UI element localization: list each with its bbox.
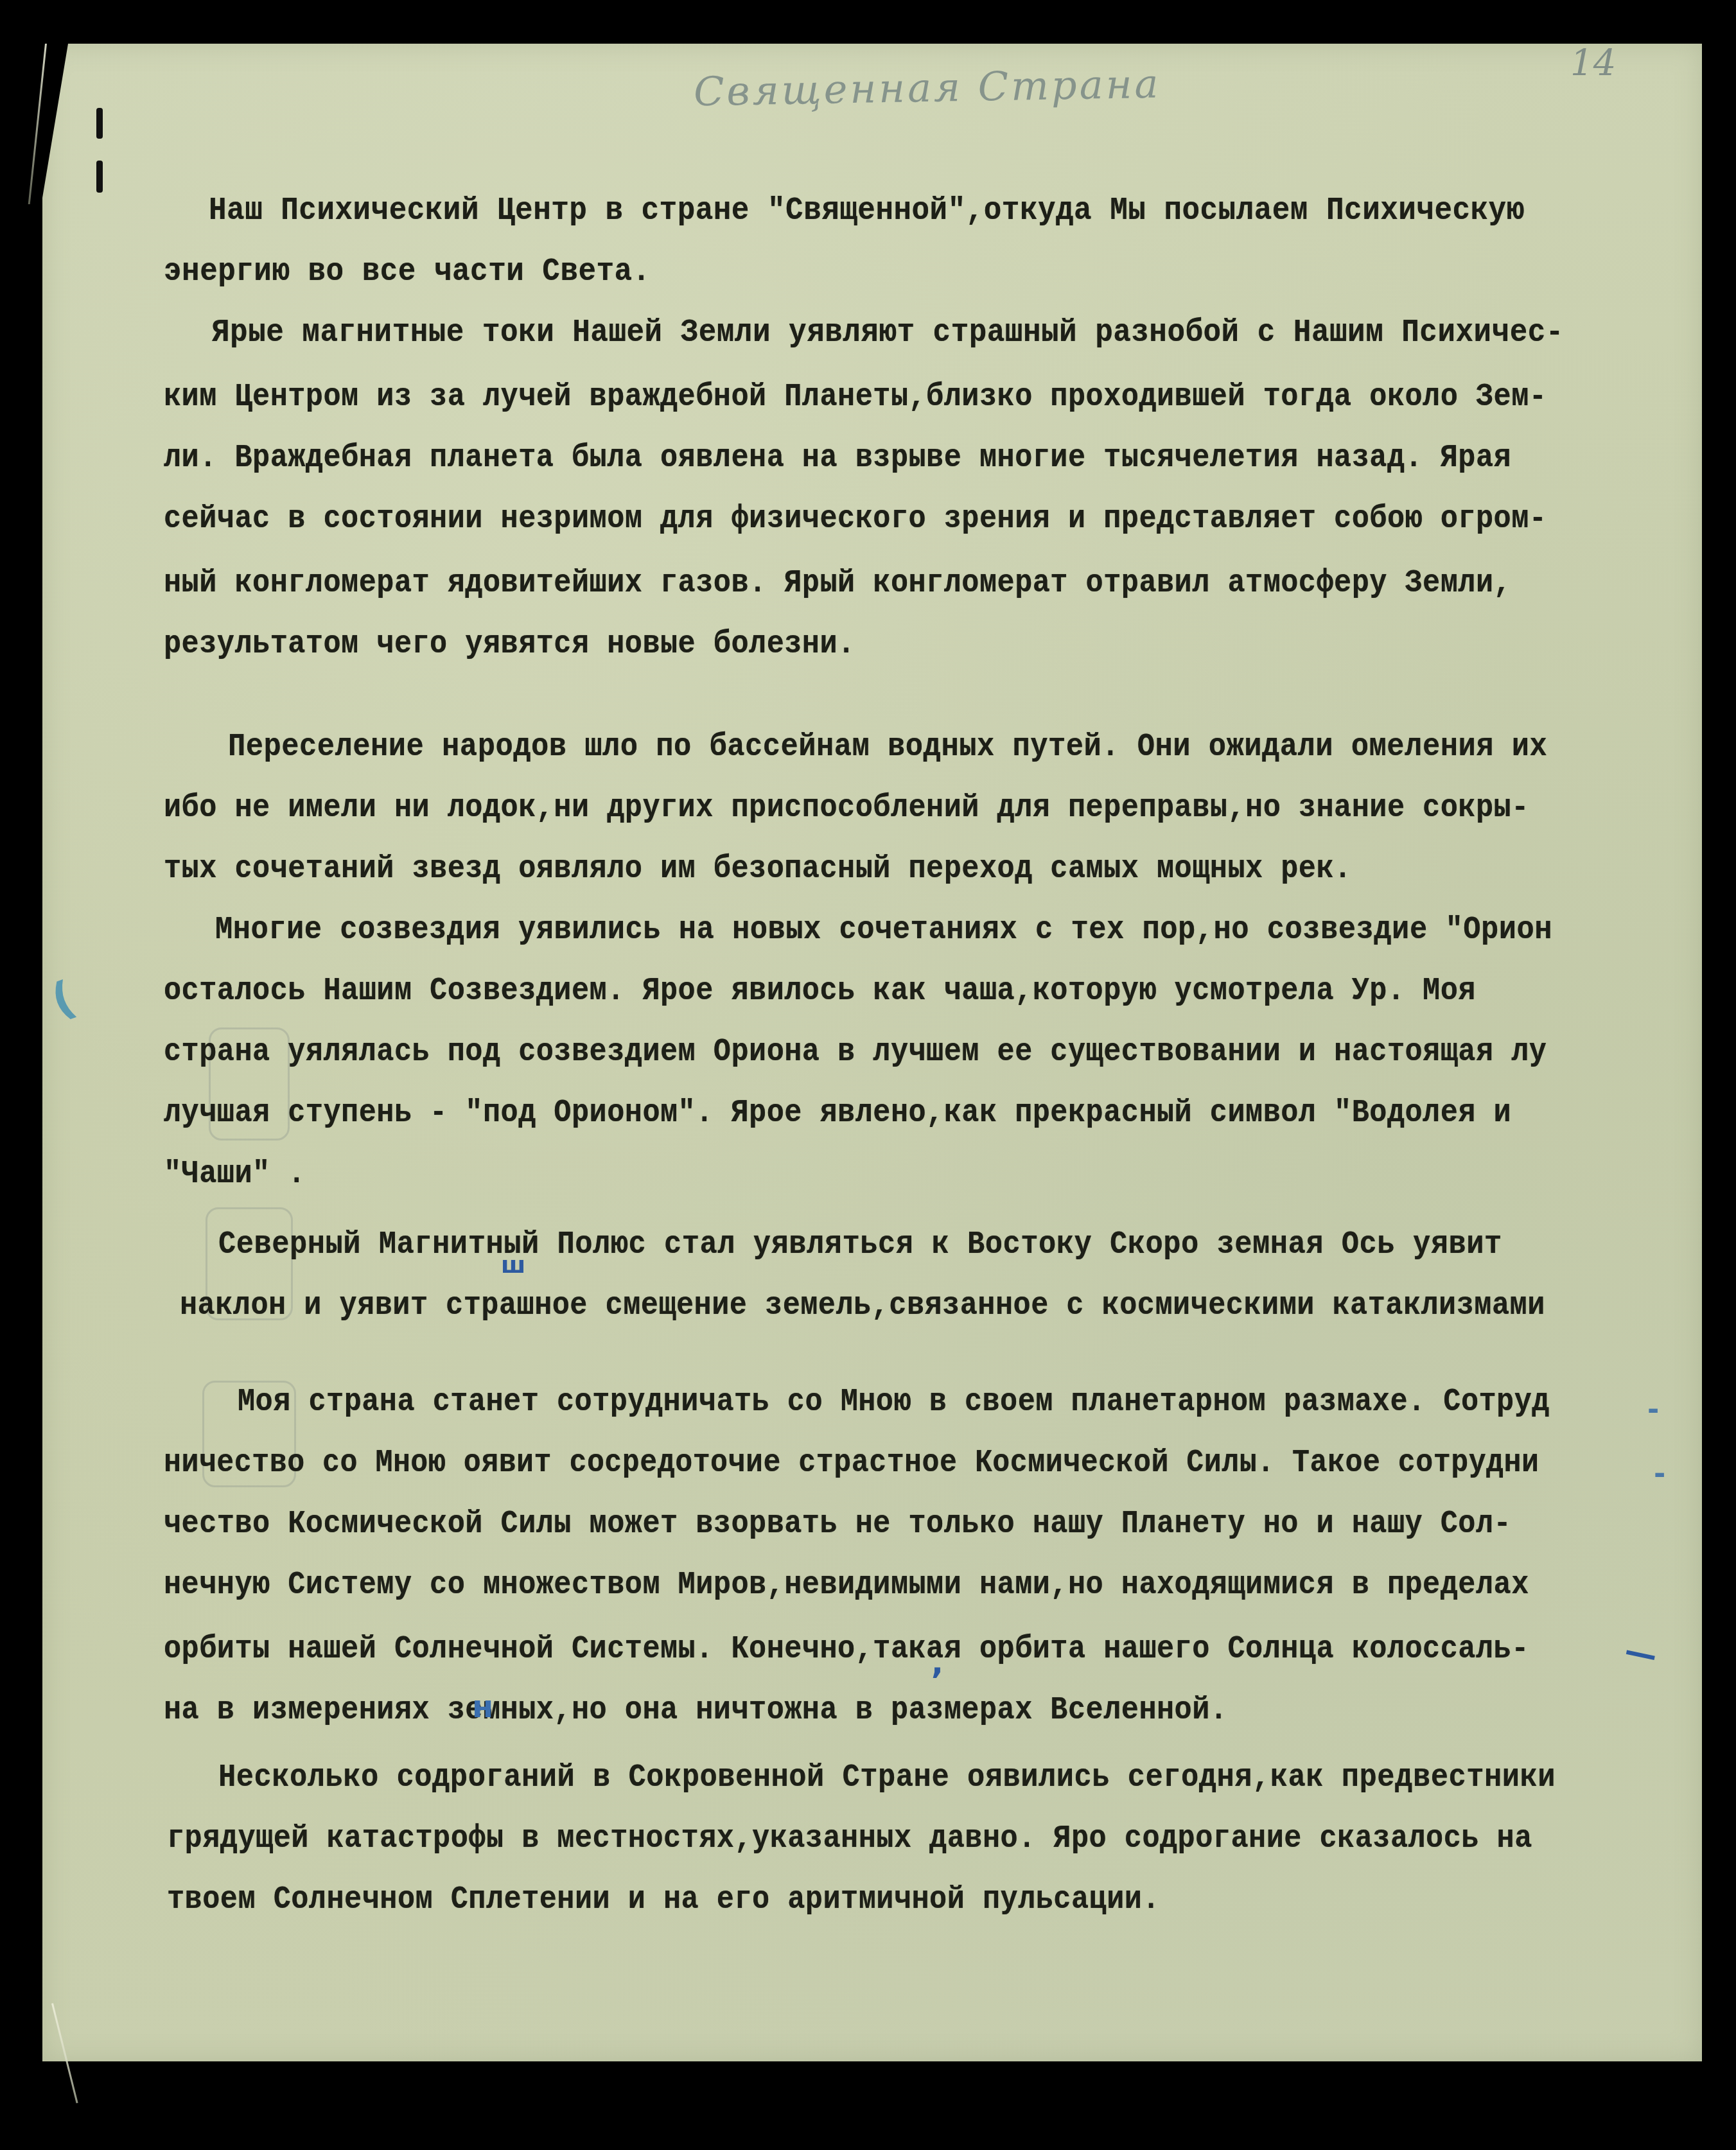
correction-caret-mark: ш [501, 1252, 525, 1279]
text-line: тых сочетаний звезд оявляло им безопасны… [164, 851, 1352, 887]
text-line: Несколько содроганий в Сокровенной Стран… [218, 1760, 1556, 1796]
line-end-dash-mark: - [1647, 1394, 1659, 1426]
text-line: лучшая ступень - "под Орионом". Ярое явл… [164, 1095, 1511, 1132]
line-end-dash-mark: - [1654, 1458, 1665, 1490]
text-line: грядущей катастрофы в местностях,указанн… [167, 1821, 1532, 1857]
text-line: Моя страна станет сотрудничать со Мною в… [238, 1384, 1550, 1420]
typescript-body: Наш Психический Центр в стране "Священно… [0, 0, 1736, 2150]
correction-mark: н [472, 1689, 493, 1725]
text-line: ибо не имели ни лодок,ни других приспосо… [164, 790, 1529, 826]
text-line: Ярые магнитные токи Нашей Земли уявляют … [212, 315, 1564, 351]
text-line: чество Космической Силы может взорвать н… [164, 1506, 1511, 1543]
text-line: орбиты нашей Солнечной Системы. Конечно,… [164, 1631, 1529, 1668]
text-line: страна уялялась под созвездием Ориона в … [164, 1034, 1547, 1071]
text-line: наклон и уявит страшное смещение земель,… [180, 1288, 1545, 1324]
text-line: Северный Магнитный Полюс стал уявляться … [218, 1227, 1502, 1263]
text-line: энергию во все части Света. [164, 254, 651, 290]
text-line: результатом чего уявятся новые болезни. [164, 626, 855, 663]
text-line: осталось Нашим Созвездием. Ярое явилось … [164, 973, 1476, 1009]
text-line: сейчас в состоянии незримом для физическ… [164, 501, 1547, 537]
text-line: ли. Враждебная планета была оявлена на в… [164, 440, 1511, 476]
text-line: Многие созвездия уявились на новых сочет… [215, 912, 1552, 948]
comma-insert-mark: , [931, 1644, 943, 1681]
text-line: ким Центром из за лучей враждебной Плане… [164, 379, 1547, 415]
text-line: "Чаши" . [164, 1156, 306, 1193]
text-line: Наш Психический Центр в стране "Священно… [209, 193, 1525, 229]
text-line: ничество со Мною оявит сосредоточие стра… [164, 1445, 1539, 1481]
text-line: нечную Систему со множеством Миров,невид… [164, 1567, 1529, 1604]
text-line: твоем Солнечном Сплетении и на его аритм… [167, 1882, 1160, 1918]
text-line: на в измерениях земных,но она ничтожна в… [164, 1692, 1227, 1729]
text-line: ный конгломерат ядовитейших газов. Ярый … [164, 565, 1511, 602]
text-line: Переселение народов шло по бассейнам вод… [228, 729, 1547, 765]
